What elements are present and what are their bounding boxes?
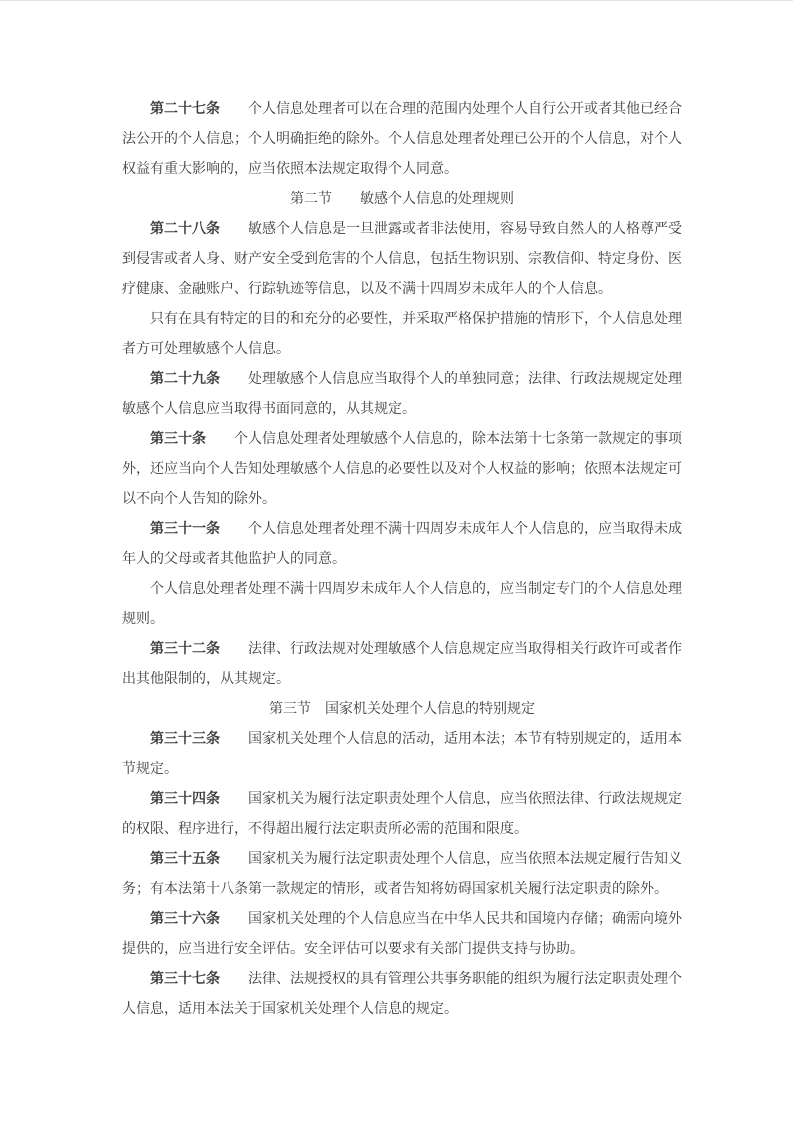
article-28-paragraph-2: 只有在具有特定的目的和充分的必要性，并采取严格保护措施的情形下，个人信息处理者方…	[122, 305, 682, 365]
article-31-paragraph-2: 个人信息处理者处理不满十四周岁未成年人个人信息的，应当制定专门的个人信息处理规则…	[122, 575, 682, 635]
article-30-text: 个人信息处理者处理敏感个人信息的，除本法第十七条第一款规定的事项外，还应当向个人…	[122, 432, 682, 507]
article-29-number: 第二十九条	[150, 372, 220, 387]
article-29-paragraph: 第二十九条处理敏感个人信息应当取得个人的单独同意；法律、行政法规规定处理敏感个人…	[122, 365, 682, 425]
article-28-paragraph-2-text: 只有在具有特定的目的和充分的必要性，并采取严格保护措施的情形下，个人信息处理者方…	[122, 312, 682, 357]
article-33-paragraph: 第三十三条国家机关处理个人信息的活动，适用本法；本节有特别规定的，适用本节规定。	[122, 725, 682, 785]
article-28-paragraph: 第二十八条敏感个人信息是一旦泄露或者非法使用，容易导致自然人的人格尊严受到侵害或…	[122, 215, 682, 305]
section-3-title: 国家机关处理个人信息的特别规定	[325, 702, 535, 717]
article-27-number: 第二十七条	[150, 102, 220, 117]
article-36-number: 第三十六条	[150, 912, 220, 927]
article-37-paragraph: 第三十七条法律、法规授权的具有管理公共事务职能的组织为履行法定职责处理个人信息，…	[122, 965, 682, 1025]
article-34-number: 第三十四条	[150, 792, 220, 807]
article-31-number: 第三十一条	[150, 522, 220, 537]
article-37-number: 第三十七条	[150, 972, 220, 987]
section-2-label: 第二节	[290, 192, 332, 207]
article-36-paragraph: 第三十六条国家机关处理的个人信息应当在中华人民共和国境内存储；确需向境外提供的，…	[122, 905, 682, 965]
article-35-paragraph: 第三十五条国家机关为履行法定职责处理个人信息，应当依照本法规定履行告知义务；有本…	[122, 845, 682, 905]
document-content: 第二十七条个人信息处理者可以在合理的范围内处理个人自行公开或者其他已经合法公开的…	[122, 95, 682, 1025]
article-28-number: 第二十八条	[150, 222, 220, 237]
article-34-paragraph: 第三十四条国家机关为履行法定职责处理个人信息，应当依照法律、行政法规规定的权限、…	[122, 785, 682, 845]
section-2-gap	[332, 202, 360, 203]
article-31-paragraph-2-text: 个人信息处理者处理不满十四周岁未成年人个人信息的，应当制定专门的个人信息处理规则…	[122, 582, 682, 627]
section-2-title: 敏感个人信息的处理规则	[360, 192, 514, 207]
section-3-heading: 第三节国家机关处理个人信息的特别规定	[122, 695, 682, 725]
article-27-paragraph: 第二十七条个人信息处理者可以在合理的范围内处理个人自行公开或者其他已经合法公开的…	[122, 95, 682, 185]
section-3-label: 第三节	[269, 702, 311, 717]
article-32-paragraph: 第三十二条法律、行政法规对处理敏感个人信息规定应当取得相关行政许可或者作出其他限…	[122, 635, 682, 695]
section-2-heading: 第二节敏感个人信息的处理规则	[122, 185, 682, 215]
article-30-number: 第三十条	[150, 432, 206, 447]
article-33-number: 第三十三条	[150, 732, 220, 747]
document-page: 第二十七条个人信息处理者可以在合理的范围内处理个人自行公开或者其他已经合法公开的…	[0, 0, 793, 1122]
article-35-number: 第三十五条	[150, 852, 220, 867]
article-31-paragraph: 第三十一条个人信息处理者处理不满十四周岁未成年人个人信息的，应当取得未成年人的父…	[122, 515, 682, 575]
section-3-gap	[311, 712, 325, 713]
article-30-paragraph: 第三十条个人信息处理者处理敏感个人信息的，除本法第十七条第一款规定的事项外，还应…	[122, 425, 682, 515]
article-32-number: 第三十二条	[150, 642, 220, 657]
